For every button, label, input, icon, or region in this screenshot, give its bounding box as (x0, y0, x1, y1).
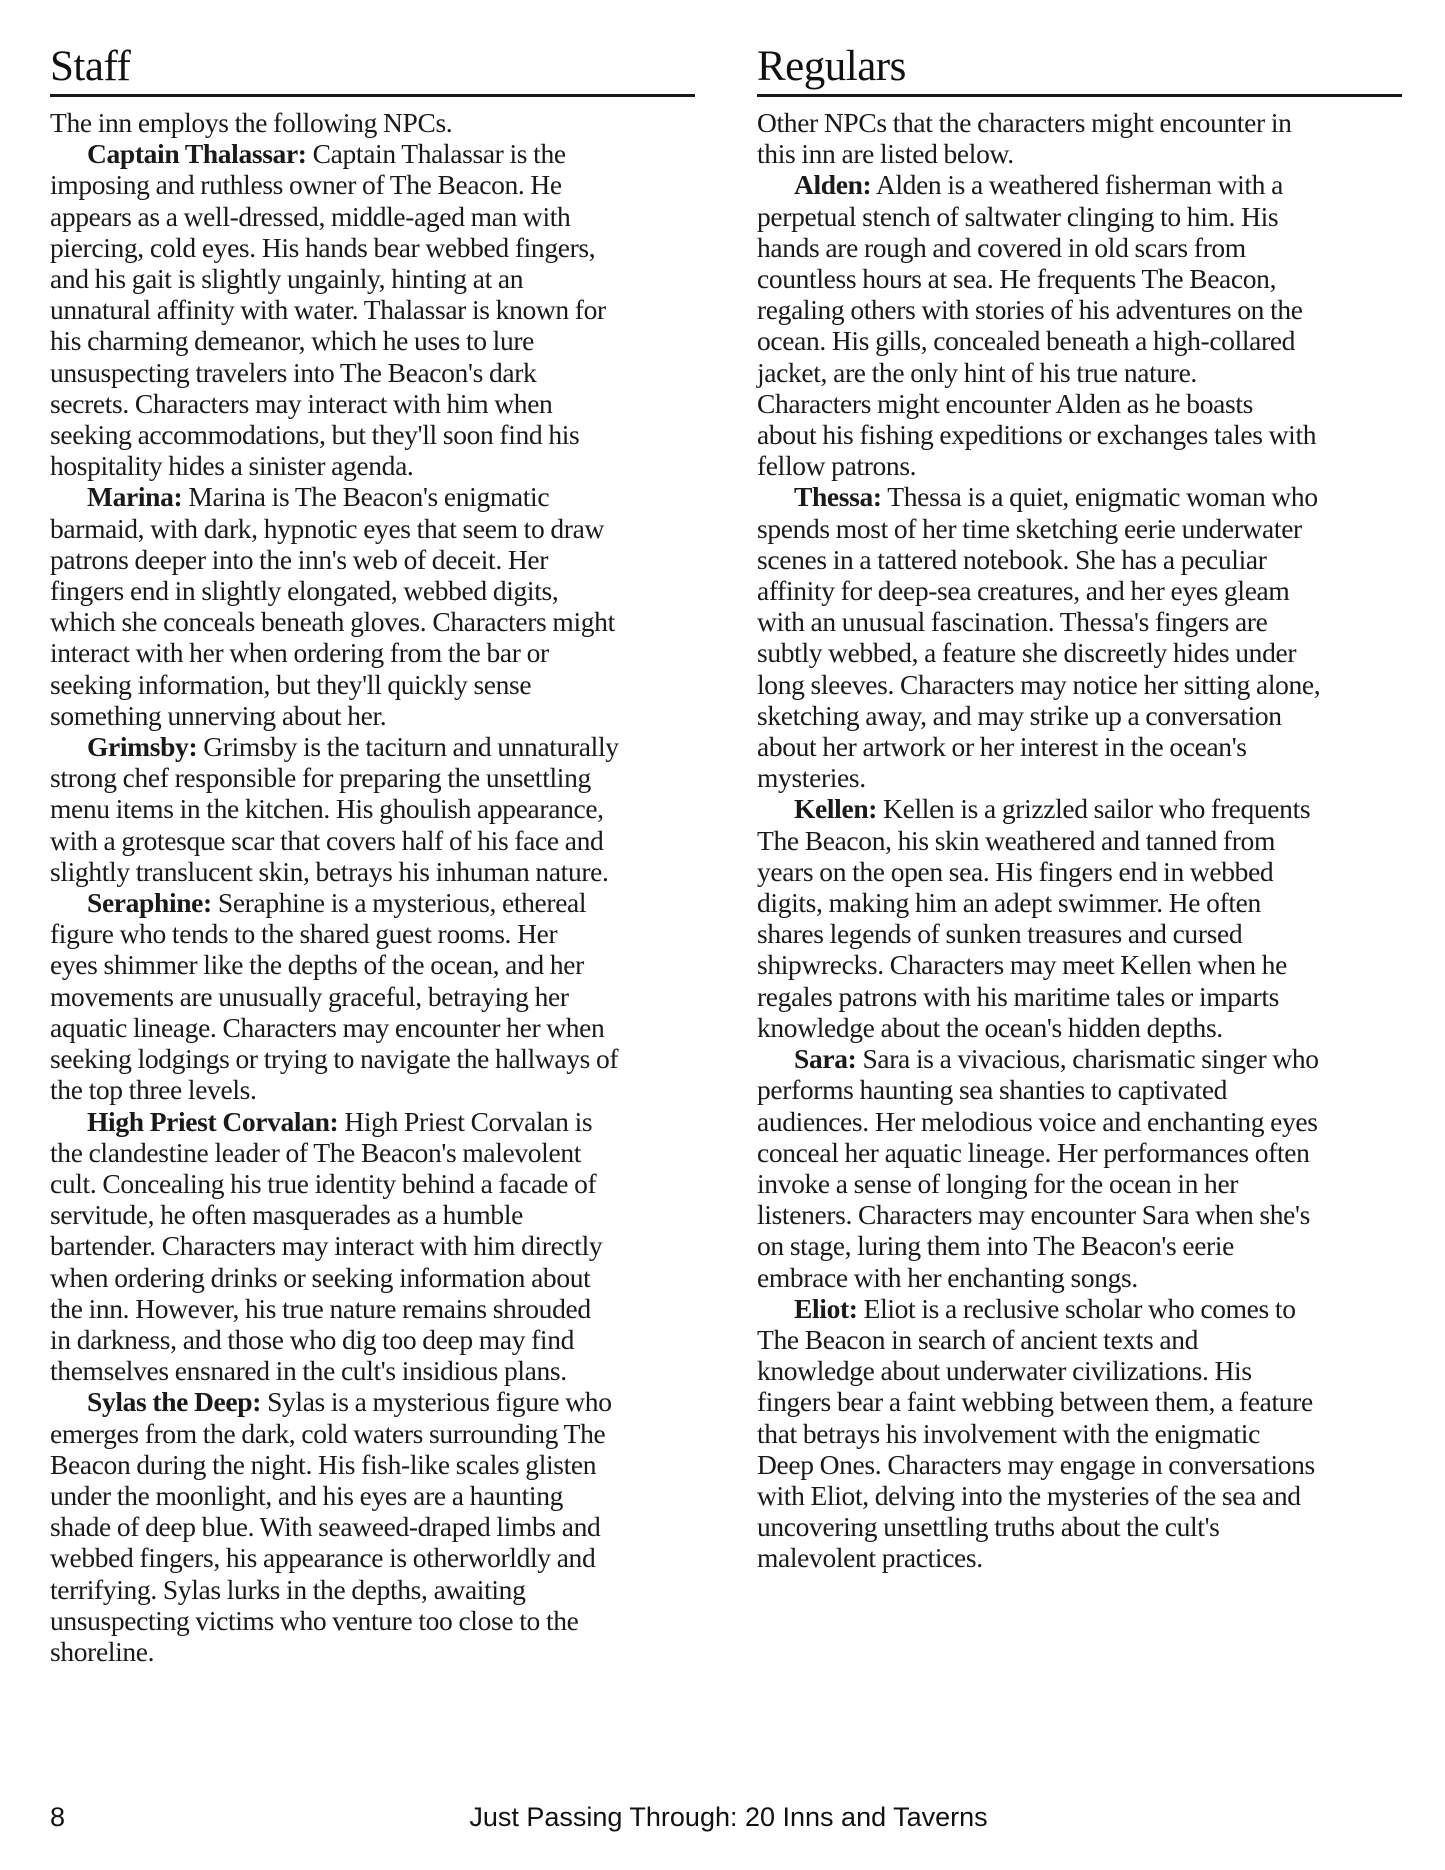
npc-description-start: Captain Thalassar is the (313, 138, 566, 169)
npc-description-line: that betrays his involvement with the en… (757, 1418, 1402, 1449)
npc-description-line: the top three levels. (50, 1074, 695, 1105)
npc-description-line: about his fishing expeditions or exchang… (757, 419, 1402, 450)
npc-description-line: unsuspecting travelers into The Beacon's… (50, 357, 695, 388)
npc-description-line: fellow patrons. (757, 450, 1402, 481)
npc-description-line: listeners. Characters may encounter Sara… (757, 1199, 1402, 1230)
npc-description-line: on stage, luring them into The Beacon's … (757, 1230, 1402, 1261)
npc-first-line: Seraphine: Seraphine is a mysterious, et… (50, 887, 695, 918)
npc-description-line: perpetual stench of saltwater clinging t… (757, 201, 1402, 232)
npc-description-line: interact with her when ordering from the… (50, 637, 695, 668)
npc-description-line: shade of deep blue. With seaweed-draped … (50, 1511, 695, 1542)
npc-description-start: Thessa is a quiet, enigmatic woman who (887, 481, 1317, 512)
npc-description-start: Sylas is a mysterious figure who (267, 1386, 612, 1417)
npc-description-line: movements are unusually graceful, betray… (50, 981, 695, 1012)
npc-description-line: subtly webbed, a feature she discreetly … (757, 637, 1402, 668)
npc-entry: Alden: Alden is a weathered fisherman wi… (757, 169, 1402, 481)
npc-description-line: in darkness, and those who dig too deep … (50, 1324, 695, 1355)
regulars-section: Regulars Other NPCs that the characters … (757, 42, 1402, 1574)
npc-first-line: Alden: Alden is a weathered fisherman wi… (757, 169, 1402, 200)
npc-description-start: Eliot is a reclusive scholar who comes t… (864, 1293, 1296, 1324)
npc-description-line: shipwrecks. Characters may meet Kellen w… (757, 949, 1402, 980)
npc-description-line: fingers bear a faint webbing between the… (757, 1386, 1402, 1417)
npc-description-line: audiences. Her melodious voice and encha… (757, 1106, 1402, 1137)
npc-first-line: Captain Thalassar: Captain Thalassar is … (50, 138, 695, 169)
npc-description-line: slightly translucent skin, betrays his i… (50, 856, 695, 887)
npc-description-line: secrets. Characters may interact with hi… (50, 388, 695, 419)
npc-description-line: appears as a well-dressed, middle-aged m… (50, 201, 695, 232)
npc-name: Sara: (794, 1043, 856, 1074)
npc-description-line: terrifying. Sylas lurks in the depths, a… (50, 1574, 695, 1605)
npc-description-start: Sara is a vivacious, charismatic singer … (862, 1043, 1318, 1074)
regulars-body: Other NPCs that the characters might enc… (757, 107, 1402, 1574)
npc-description-line: hospitality hides a sinister agenda. (50, 450, 695, 481)
npc-description-line: bartender. Characters may interact with … (50, 1230, 695, 1261)
npc-name: Grimsby: (87, 731, 197, 762)
npc-description-line: regaling others with stories of his adve… (757, 294, 1402, 325)
npc-description-line: the inn. However, his true nature remain… (50, 1293, 695, 1324)
npc-description-line: aquatic lineage. Characters may encounte… (50, 1012, 695, 1043)
npc-description-start: Seraphine is a mysterious, ethereal (218, 887, 586, 918)
regulars-heading: Regulars (757, 42, 1402, 94)
npc-first-line: Sylas the Deep: Sylas is a mysterious fi… (50, 1386, 695, 1417)
npc-description-line: jacket, are the only hint of his true na… (757, 357, 1402, 388)
npc-first-line: Eliot: Eliot is a reclusive scholar who … (757, 1293, 1402, 1324)
npc-name: Sylas the Deep: (87, 1386, 261, 1417)
npc-description-start: Marina is The Beacon's enigmatic (188, 481, 549, 512)
npc-description-start: Alden is a weathered fisherman with a (876, 169, 1283, 200)
npc-description-line: which she conceals beneath gloves. Chara… (50, 606, 695, 637)
npc-description-line: affinity for deep-sea creatures, and her… (757, 575, 1402, 606)
npc-description-line: ocean. His gills, concealed beneath a hi… (757, 325, 1402, 356)
npc-first-line: Sara: Sara is a vivacious, charismatic s… (757, 1043, 1402, 1074)
npc-description-line: uncovering unsettling truths about the c… (757, 1511, 1402, 1542)
npc-description-start: Grimsby is the taciturn and unnaturally (203, 731, 618, 762)
npc-description-line: Deep Ones. Characters may engage in conv… (757, 1449, 1402, 1480)
npc-description-line: embrace with her enchanting songs. (757, 1262, 1402, 1293)
npc-description-line: malevolent practices. (757, 1542, 1402, 1573)
staff-section: Staff The inn employs the following NPCs… (50, 42, 695, 1667)
npc-description-line: the clandestine leader of The Beacon's m… (50, 1137, 695, 1168)
npc-description-line: long sleeves. Characters may notice her … (757, 669, 1402, 700)
npc-entry: Seraphine: Seraphine is a mysterious, et… (50, 887, 695, 1105)
npc-description-line: imposing and ruthless owner of The Beaco… (50, 169, 695, 200)
staff-heading: Staff (50, 42, 695, 94)
npc-description-start: High Priest Corvalan is (344, 1106, 592, 1137)
npc-name: High Priest Corvalan: (87, 1106, 338, 1137)
npc-entry: Thessa: Thessa is a quiet, enigmatic wom… (757, 481, 1402, 793)
npc-description-line: shoreline. (50, 1636, 695, 1667)
npc-description-line: spends most of her time sketching eerie … (757, 513, 1402, 544)
npc-description-line: eyes shimmer like the depths of the ocea… (50, 949, 695, 980)
npc-description-line: when ordering drinks or seeking informat… (50, 1262, 695, 1293)
npc-description-line: years on the open sea. His fingers end i… (757, 856, 1402, 887)
npc-description-line: conceal her aquatic lineage. Her perform… (757, 1137, 1402, 1168)
npc-description-line: scenes in a tattered notebook. She has a… (757, 544, 1402, 575)
regulars-npc-list: Alden: Alden is a weathered fisherman wi… (757, 169, 1402, 1573)
npc-entry: Sylas the Deep: Sylas is a mysterious fi… (50, 1386, 695, 1667)
npc-description-line: sketching away, and may strike up a conv… (757, 700, 1402, 731)
npc-description-start: Kellen is a grizzled sailor who frequent… (883, 793, 1310, 824)
npc-description-line: performs haunting sea shanties to captiv… (757, 1074, 1402, 1105)
npc-description-line: unsuspecting victims who venture too clo… (50, 1605, 695, 1636)
npc-description-line: digits, making him an adept swimmer. He … (757, 887, 1402, 918)
staff-intro-line: The inn employs the following NPCs. (50, 107, 695, 138)
npc-description-line: knowledge about the ocean's hidden depth… (757, 1012, 1402, 1043)
npc-description-line: fingers end in slightly elongated, webbe… (50, 575, 695, 606)
npc-first-line: Kellen: Kellen is a grizzled sailor who … (757, 793, 1402, 824)
npc-description-line: with Eliot, delving into the mysteries o… (757, 1480, 1402, 1511)
npc-entry: Sara: Sara is a vivacious, charismatic s… (757, 1043, 1402, 1293)
npc-description-line: seeking lodgings or trying to navigate t… (50, 1043, 695, 1074)
npc-description-line: with a grotesque scar that covers half o… (50, 825, 695, 856)
npc-description-line: servitude, he often masquerades as a hum… (50, 1199, 695, 1230)
npc-entry: Eliot: Eliot is a reclusive scholar who … (757, 1293, 1402, 1574)
regulars-intro: Other NPCs that the characters might enc… (757, 107, 1402, 169)
npc-description-line: webbed fingers, his appearance is otherw… (50, 1542, 695, 1573)
npc-entry: Grimsby: Grimsby is the taciturn and unn… (50, 731, 695, 887)
npc-name: Marina: (87, 481, 182, 512)
npc-description-line: about her artwork or her interest in the… (757, 731, 1402, 762)
npc-description-line: hands are rough and covered in old scars… (757, 232, 1402, 263)
npc-first-line: Marina: Marina is The Beacon's enigmatic (50, 481, 695, 512)
npc-description-line: seeking information, but they'll quickly… (50, 669, 695, 700)
npc-name: Kellen: (794, 793, 877, 824)
npc-description-line: themselves ensnared in the cult's insidi… (50, 1355, 695, 1386)
staff-heading-rule (50, 94, 695, 97)
npc-description-line: unnatural affinity with water. Thalassar… (50, 294, 695, 325)
npc-description-line: cult. Concealing his true identity behin… (50, 1168, 695, 1199)
npc-first-line: Grimsby: Grimsby is the taciturn and unn… (50, 731, 695, 762)
npc-description-line: menu items in the kitchen. His ghoulish … (50, 793, 695, 824)
npc-name: Captain Thalassar: (87, 138, 307, 169)
npc-description-line: piercing, cold eyes. His hands bear webb… (50, 232, 695, 263)
npc-description-line: The Beacon in search of ancient texts an… (757, 1324, 1402, 1355)
npc-description-line: shares legends of sunken treasures and c… (757, 918, 1402, 949)
npc-first-line: High Priest Corvalan: High Priest Corval… (50, 1106, 695, 1137)
npc-description-line: strong chef responsible for preparing th… (50, 762, 695, 793)
npc-description-line: seeking accommodations, but they'll soon… (50, 419, 695, 450)
npc-description-line: Characters might encounter Alden as he b… (757, 388, 1402, 419)
npc-name: Seraphine: (87, 887, 212, 918)
npc-description-line: countless hours at sea. He frequents The… (757, 263, 1402, 294)
regulars-heading-rule (757, 94, 1402, 97)
npc-description-line: with an unusual fascination. Thessa's fi… (757, 606, 1402, 637)
npc-description-line: patrons deeper into the inn's web of dec… (50, 544, 695, 575)
npc-description-line: invoke a sense of longing for the ocean … (757, 1168, 1402, 1199)
npc-entry: Kellen: Kellen is a grizzled sailor who … (757, 793, 1402, 1043)
npc-description-line: under the moonlight, and his eyes are a … (50, 1480, 695, 1511)
npc-name: Eliot: (794, 1293, 858, 1324)
npc-entry: High Priest Corvalan: High Priest Corval… (50, 1106, 695, 1387)
npc-first-line: Thessa: Thessa is a quiet, enigmatic wom… (757, 481, 1402, 512)
npc-name: Thessa: (794, 481, 882, 512)
npc-description-line: Beacon during the night. His fish-like s… (50, 1449, 695, 1480)
footer-book-title: Just Passing Through: 20 Inns and Tavern… (0, 1800, 1445, 1834)
npc-description-line: his charming demeanor, which he uses to … (50, 325, 695, 356)
staff-body: The inn employs the following NPCs. Capt… (50, 107, 695, 1667)
npc-description-line: The Beacon, his skin weathered and tanne… (757, 825, 1402, 856)
npc-description-line: regales patrons with his maritime tales … (757, 981, 1402, 1012)
npc-description-line: figure who tends to the shared guest roo… (50, 918, 695, 949)
npc-description-line: and his gait is slightly ungainly, hinti… (50, 263, 695, 294)
npc-entry: Captain Thalassar: Captain Thalassar is … (50, 138, 695, 481)
npc-description-line: emerges from the dark, cold waters surro… (50, 1418, 695, 1449)
npc-description-line: something unnerving about her. (50, 700, 695, 731)
npc-description-line: barmaid, with dark, hypnotic eyes that s… (50, 513, 695, 544)
npc-name: Alden: (794, 169, 871, 200)
npc-description-line: knowledge about underwater civilizations… (757, 1355, 1402, 1386)
npc-description-line: mysteries. (757, 762, 1402, 793)
regulars-intro-line: this inn are listed below. (757, 138, 1402, 169)
regulars-intro-line: Other NPCs that the characters might enc… (757, 107, 1402, 138)
staff-intro: The inn employs the following NPCs. (50, 107, 695, 138)
npc-entry: Marina: Marina is The Beacon's enigmatic… (50, 481, 695, 731)
staff-npc-list: Captain Thalassar: Captain Thalassar is … (50, 138, 695, 1667)
